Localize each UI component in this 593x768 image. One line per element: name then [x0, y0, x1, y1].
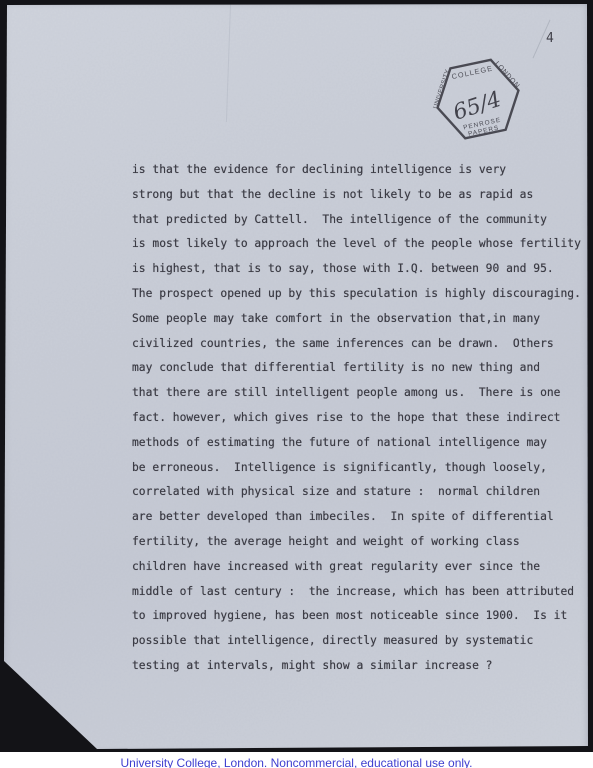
- typed-line: fertility, the average height and weight…: [132, 530, 592, 555]
- page-number: 4: [546, 31, 555, 46]
- typed-line: Some people may take comfort in the obse…: [132, 307, 592, 332]
- typed-line: is that the evidence for declining intel…: [132, 158, 592, 183]
- typed-line: The prospect opened up by this speculati…: [132, 282, 592, 307]
- typed-line: may conclude that differential fertility…: [132, 356, 592, 381]
- typed-line: are better developed than imbeciles. In …: [132, 505, 592, 530]
- typed-line: that there are still intelligent people …: [132, 381, 592, 406]
- typed-line: methods of estimating the future of nati…: [132, 431, 592, 456]
- typed-line: fact. however, which gives rise to the h…: [132, 406, 592, 431]
- usage-caption: University College, London. Noncommercia…: [121, 756, 473, 768]
- scanned-document-page: 4 UNIVERSITY COLLEGE LONDON 65/4 PENROSE…: [0, 0, 593, 768]
- typed-line: be erroneous. Intelligence is significan…: [132, 456, 592, 481]
- stamp-text-london: LONDON: [493, 60, 521, 90]
- typed-line: is most likely to approach the level of …: [132, 232, 592, 257]
- typed-line: is highest, that is to say, those with I…: [132, 257, 592, 282]
- penrose-papers-stamp: UNIVERSITY COLLEGE LONDON 65/4 PENROSE P…: [416, 35, 540, 159]
- typed-line: strong but that the decline is not likel…: [132, 183, 592, 208]
- typed-line: to improved hygiene, has been most notic…: [132, 604, 592, 629]
- typed-line: testing at intervals, might show a simil…: [132, 654, 592, 679]
- typed-line: that predicted by Cattell. The intellige…: [132, 208, 592, 233]
- footer-caption-bar: University College, London. Noncommercia…: [0, 752, 593, 768]
- paper-sheet: 4 UNIVERSITY COLLEGE LONDON 65/4 PENROSE…: [0, 0, 593, 752]
- typed-line: correlated with physical size and statur…: [132, 480, 592, 505]
- typed-line: possible that intelligence, directly mea…: [132, 629, 592, 654]
- typed-line: children have increased with great regul…: [132, 555, 592, 580]
- stamp-text-university: UNIVERSITY: [432, 68, 451, 110]
- typed-line: middle of last century : the increase, w…: [132, 580, 592, 605]
- typed-line: civilized countries, the same inferences…: [132, 332, 592, 357]
- paper-crease: [226, 2, 231, 122]
- typewritten-body: is that the evidence for declining intel…: [132, 158, 592, 679]
